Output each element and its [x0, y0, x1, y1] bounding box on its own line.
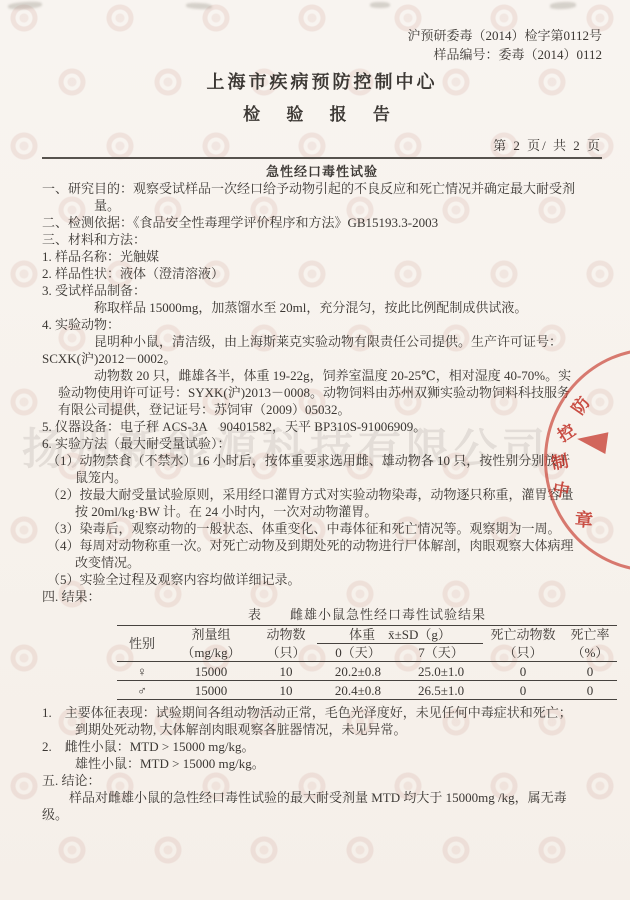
- text-line: 鼠笼内。: [42, 469, 602, 486]
- col-header-deaths-unit: （只）: [483, 644, 563, 662]
- text-line: 三、材料和方法：: [42, 231, 602, 248]
- text-line: 一、研究目的：观察受试样品一次经口给予动物引起的不良反应和死亡情况并确定最大耐受…: [42, 180, 602, 197]
- seal-bottom-char: 章: [574, 505, 594, 532]
- text-line: 3. 受试样品制备：: [42, 282, 602, 299]
- text-line: 量。: [42, 197, 602, 214]
- seal-star-point: [576, 428, 609, 454]
- cell-dose: 15000: [167, 662, 255, 681]
- cell-rate: 0: [563, 681, 617, 700]
- text-line: （3）染毒后，观察动物的一般状态、体重变化、中毒体征和死亡情况等。观察期为一周。: [42, 520, 602, 537]
- cell-dose: 15000: [167, 681, 255, 700]
- text-line: 样品对雌雄小鼠的急性经口毒性试验的最大耐受剂量 MTD 均大于 15000mg …: [42, 789, 602, 806]
- results-table: 性别 剂量组 动物数 体重 x̄±SD（g） 死亡动物数 死亡率 （mg/kg）…: [117, 625, 617, 700]
- col-header-rate-unit: （%）: [563, 644, 617, 662]
- text-line: SCXK(沪)2012－0002。: [42, 350, 602, 367]
- col-header-day0: 0（天）: [317, 644, 399, 662]
- text-line: 二、检测依据：《食品安全性毒理学评价程序和方法》GB15193.3-2003: [42, 214, 602, 231]
- col-header-day7: 7（天）: [399, 644, 483, 662]
- section-title: 急性经口毒性试验: [42, 163, 602, 180]
- text-line: 验动物使用许可证号：SYXK(沪)2013－0008。动物饲料由苏州双狮实验动物…: [42, 384, 602, 401]
- text-line: 动物数 20 只，雌雄各半，体重 19-22g，饲养室温度 20-25℃，相对湿…: [42, 367, 602, 384]
- col-header-weight-group: 体重 x̄±SD（g）: [317, 626, 483, 644]
- cell-day0: 20.4±0.8: [317, 681, 399, 700]
- text-line: 6. 实验方法（最大耐受量试验）：: [42, 435, 602, 452]
- col-header-sex: 性别: [117, 626, 167, 662]
- text-line: （5）实验全过程及观察内容均做详细记录。: [42, 571, 602, 588]
- text-line: 5. 仪器设备：电子秤 ACS-3A 90401582，天平 BP310S-91…: [42, 418, 602, 435]
- organization-title: 上海市疾病预防控制中心: [42, 71, 602, 93]
- report-content: 沪预研委毒（2014）检字第0112号 样品编号：委毒（2014）0112 上海…: [0, 0, 630, 900]
- cell-deaths: 0: [483, 681, 563, 700]
- report-title: 检 验 报 告: [42, 105, 602, 125]
- document-number: 沪预研委毒（2014）检字第0112号: [42, 26, 602, 45]
- col-header-count: 动物数: [255, 626, 317, 644]
- text-line: （2）按最大耐受量试验原则，采用经口灌胃方式对实验动物染毒，动物逐只称重，灌胃容…: [42, 486, 602, 503]
- table-row: ♀ 15000 10 20.2±0.8 25.0±1.0 0 0: [117, 662, 617, 681]
- cell-day7: 25.0±1.0: [399, 662, 483, 681]
- cell-rate: 0: [563, 662, 617, 681]
- cell-count: 10: [255, 662, 317, 681]
- col-header-deaths: 死亡动物数: [483, 626, 563, 644]
- text-line: 称取样品 15000mg，加蒸馏水至 20ml，充分混匀，按此比例配制成供试液。: [42, 299, 602, 316]
- text-line: 改变情况。: [42, 554, 602, 571]
- text-line: 1. 主要体征表现：试验期间各组动物活动正常，毛色光泽度好，未见任何中毒症状和死…: [42, 704, 602, 721]
- header-divider: [42, 157, 602, 159]
- results-section: 1. 主要体征表现：试验期间各组动物活动正常，毛色光泽度好，未见任何中毒症状和死…: [42, 704, 602, 823]
- table-caption: 表 雌雄小鼠急性经口毒性试验结果: [117, 606, 617, 623]
- text-line: 昆明种小鼠，清洁级，由上海斯莱克实验动物有限责任公司提供。生产许可证号：: [42, 333, 602, 350]
- text-line: 到期处死动物, 大体解剖肉眼观察各脏器情况，未见异常。: [42, 721, 602, 738]
- col-header-count-unit: （只）: [255, 644, 317, 662]
- scanned-report-page: 扬州新能源科技有限公司 沪预研委毒（2014）检字第0112号 样品编号：委毒（…: [0, 0, 630, 900]
- text-line: 2. 雌性小鼠：MTD > 15000 mg/kg。: [42, 738, 602, 755]
- text-line: 级。: [42, 806, 602, 823]
- cell-sex: ♀: [117, 662, 167, 681]
- cell-sex: ♂: [117, 681, 167, 700]
- text-line: 五. 结论：: [42, 772, 602, 789]
- text-line: 按 20ml/kg·BW 计。在 24 小时内，一次对动物灌胃。: [42, 503, 602, 520]
- cell-count: 10: [255, 681, 317, 700]
- col-header-dose-unit: （mg/kg）: [167, 644, 255, 662]
- text-line: （1）动物禁食（不禁水）16 小时后，按体重要求选用雌、雄动物各 10 只，按性…: [42, 452, 602, 469]
- header-reference-block: 沪预研委毒（2014）检字第0112号 样品编号：委毒（2014）0112: [42, 26, 602, 64]
- text-line: 4. 实验动物：: [42, 316, 602, 333]
- text-line: 雄性小鼠：MTD > 15000 mg/kg。: [42, 755, 602, 772]
- text-line: （4）每周对动物称重一次。对死亡动物及到期处死的动物进行尸体解剖，肉眼观察大体病…: [42, 537, 602, 554]
- col-header-dose: 剂量组: [167, 626, 255, 644]
- text-line: 有限公司提供，登记证号：苏饲审（2009）05032。: [42, 401, 602, 418]
- text-line: 四. 结果：: [42, 588, 602, 605]
- page-indicator: 第 2 页/ 共 2 页: [42, 138, 602, 154]
- text-line: 1. 样品名称：光触媒: [42, 248, 602, 265]
- cell-day7: 26.5±1.0: [399, 681, 483, 700]
- text-line: 2. 样品性状：液体（澄清溶液）: [42, 265, 602, 282]
- cell-deaths: 0: [483, 662, 563, 681]
- cell-day0: 20.2±0.8: [317, 662, 399, 681]
- sample-number: 样品编号：委毒（2014）0112: [42, 45, 602, 64]
- col-header-rate: 死亡率: [563, 626, 617, 644]
- table-row: ♂ 15000 10 20.4±0.8 26.5±1.0 0 0: [117, 681, 617, 700]
